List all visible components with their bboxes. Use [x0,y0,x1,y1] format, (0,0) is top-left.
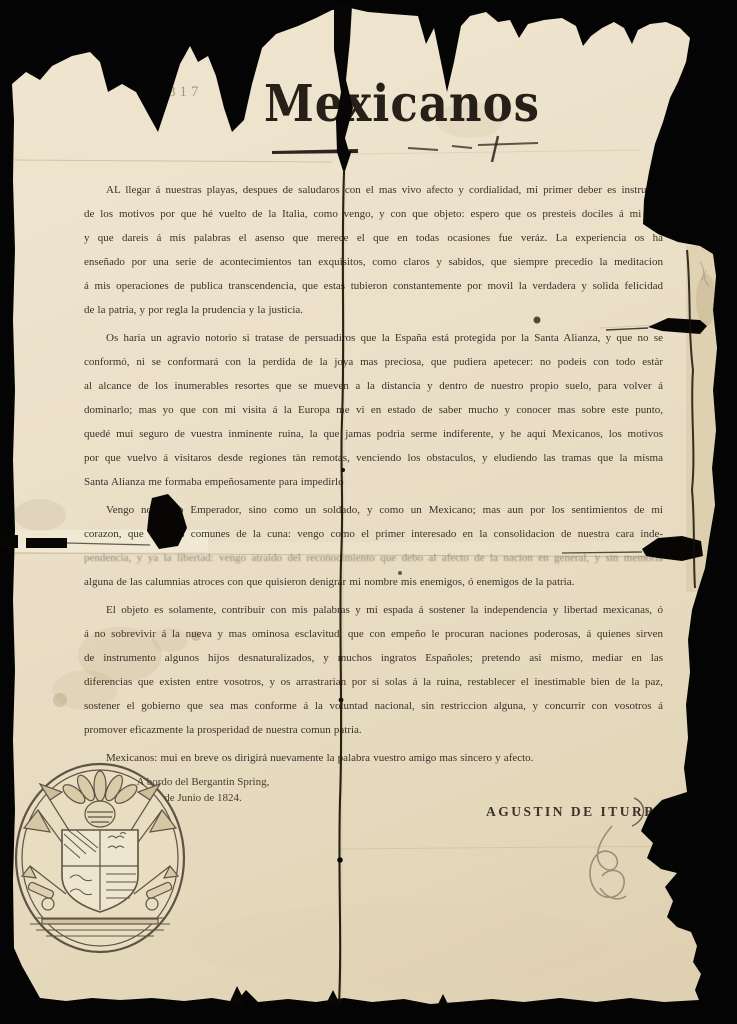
text-line: corazon, que son los comunes de la cuna:… [84,522,663,546]
text-line: pendencia, y ya la libertad: vengo atrai… [84,546,663,570]
crease-dashes [408,143,538,150]
paragraph: AL llegar á nuestras playas, despues de … [84,178,663,322]
paragraph: Mexicanos: mui en breve os dirigirá nuev… [84,746,663,770]
signature: AGUSTIN DE ITURBIDE [486,804,687,820]
text-line: Santa Alianza me formaba empeñosamente p… [84,470,663,494]
dateline-line2: de Junio de 1824. [118,790,288,806]
text-line: dominarlo; mas yo que con mi visita á la… [84,398,663,422]
text-line: á no sobrevivir á la nueva y mas ominosa… [84,622,663,646]
shield [62,830,138,912]
paragraph: Os haria un agravio notorio si tratase d… [84,326,663,494]
crease [13,160,332,162]
broadside-photograph: 817 Mexicanos AL llegar á nuestras playa… [0,0,737,1024]
text-line: enseñado por una serie de acontecimiento… [84,250,663,274]
text-line: y que dareis á mis palabras el asenso qu… [84,226,663,250]
dateline-line1: A bordo del Bergantin Spring, [118,774,288,790]
text-line: Vengo no como Emperador, sino como un so… [84,498,663,522]
text-line: por que vuelvo á visitaros desde regione… [84,446,663,470]
title-rule [272,149,358,154]
text-line: al alcance de los inumerables resortes q… [84,374,663,398]
text-line: Mexicanos: mui en breve os dirigirá nuev… [84,746,663,770]
crease [340,846,690,849]
text-line: El objeto es solamente, contribuir con m… [84,598,663,622]
text-line: alguna de las calumnias atroces con que … [84,570,663,594]
text-line: AL llegar á nuestras playas, despues de … [84,178,663,202]
torn-paper-sheet: 817 Mexicanos AL llegar á nuestras playa… [0,0,737,1024]
document-body: AL llegar á nuestras playas, despues de … [84,178,663,774]
pencil-rubric [590,826,626,899]
paragraph: El objeto es solamente, contribuir con m… [84,598,663,742]
text-line: diferencias que existen entre vosotros, … [84,670,663,694]
text-line: conformó, ni se conformará con la perdid… [84,350,663,374]
text-line: de los motivos por que hé vuelto de la I… [84,202,663,226]
paragraph: Vengo no como Emperador, sino como un so… [84,498,663,594]
dateline: A bordo del Bergantin Spring, de Junio d… [118,774,288,806]
text-line: sostener el gobierno que sea mas conform… [84,694,663,718]
document-title: Mexicanos [252,74,552,133]
text-line: á mis operaciones de publica transcenden… [84,274,663,298]
text-line: de la patria, y por regla la prudencia y… [84,298,663,322]
text-line: quedé mui seguro de vuestra inminente ru… [84,422,663,446]
catalog-number: 817 [168,84,203,101]
text-line: promover eficazmente la prosperidad de n… [84,718,663,742]
text-line: Os haria un agravio notorio si tratase d… [84,326,663,350]
text-line: de instrumento algunos hijos desnaturali… [84,646,663,670]
